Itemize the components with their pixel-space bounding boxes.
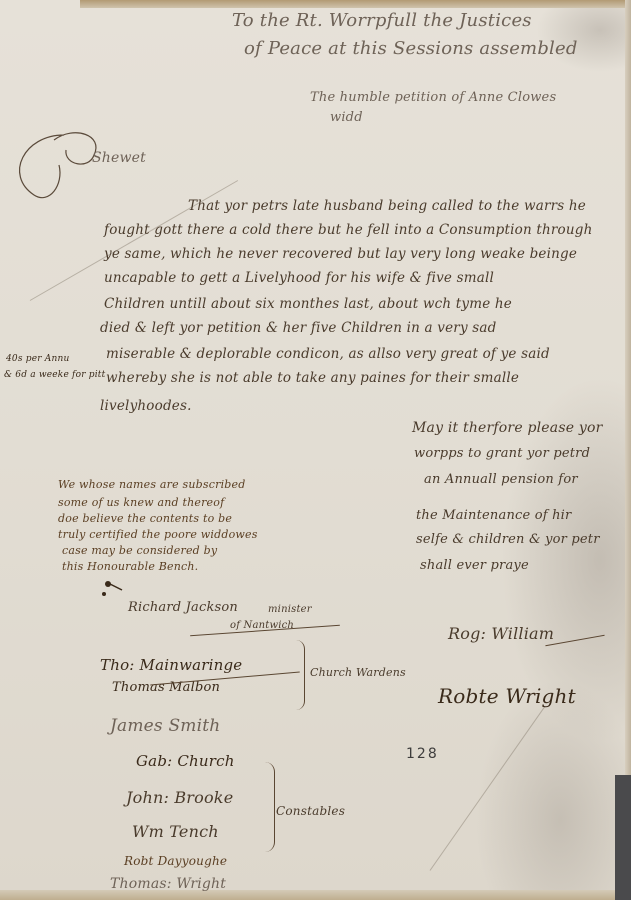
attestation-line: case may be considered by — [62, 544, 217, 557]
crease-line — [430, 706, 546, 870]
paper-right-edge — [625, 0, 631, 900]
prayer-line: an Annuall pension for — [424, 472, 578, 487]
body-line: uncapable to gett a Livelyhood for his w… — [104, 270, 494, 286]
constable-signature: Gab: Church — [136, 752, 235, 770]
minister-signature: Richard Jackson — [128, 600, 238, 615]
ink-blot-icon — [100, 576, 130, 600]
right-signature: Rog: William — [448, 624, 554, 643]
prayer-line: shall ever praye — [420, 558, 529, 573]
churchwardens-brace — [296, 640, 305, 710]
churchwardens-label: Church Wardens — [310, 666, 406, 679]
manuscript-page: To the Rt. Worrpfull the Justices of Pea… — [0, 0, 631, 900]
address-line-1: To the Rt. Worrpfull the Justices — [232, 10, 532, 31]
right-signature: Robte Wright — [438, 684, 576, 708]
address-line-2: of Peace at this Sessions assembled — [244, 38, 578, 59]
folio-number: 128 — [406, 746, 439, 762]
constables-brace — [262, 762, 275, 852]
opening-word: Shewet — [92, 150, 146, 166]
attestation-line: truly certified the poore widdowes — [58, 528, 258, 541]
attestation-line: some of us knew and thereof — [58, 496, 224, 509]
attestation-line: doe believe the contents to be — [58, 512, 232, 525]
churchwarden-signature: Tho: Mainwaringe — [100, 656, 242, 674]
prayer-line: worpps to grant yor petrd — [414, 446, 590, 461]
body-line: Children untill about six monthes last, … — [104, 296, 512, 312]
opening-flourish-icon — [4, 125, 124, 215]
constable-signature: Robt Dayyoughe — [124, 854, 227, 868]
constable-signature: James Smith — [110, 716, 220, 736]
right-signature-underline — [545, 635, 604, 646]
petition-title-line-1: The humble petition of Anne Clowes — [310, 90, 556, 105]
constable-signature: Thomas: Wright — [110, 876, 226, 892]
attestation-line: this Honourable Bench. — [62, 560, 198, 573]
body-line: ye same, which he never recovered but la… — [104, 246, 577, 262]
attestation-line: We whose names are subscribed — [58, 478, 245, 491]
body-line: died & left yor petition & her five Chil… — [100, 320, 496, 336]
petition-title-line-2: widd — [330, 110, 363, 125]
constables-label: Constables — [276, 804, 345, 818]
prayer-line: the Maintenance of hir — [416, 508, 571, 523]
margin-note-line-1: 40s per Annu — [6, 354, 69, 364]
body-line: fought gott there a cold there but he fe… — [104, 222, 593, 238]
margin-note-line-2: & 6d a weeke for pitt — [4, 370, 105, 380]
body-line: miserable & deplorable condicon, as alls… — [106, 346, 550, 362]
constable-signature: John: Brooke — [126, 788, 233, 807]
minister-title-line-1: minister — [268, 604, 312, 615]
body-line: That yor petrs late husband being called… — [188, 198, 586, 214]
prayer-line: selfe & children & yor petr — [416, 532, 600, 547]
paper-top-edge — [80, 0, 631, 8]
prayer-line: May it therfore please yor — [412, 420, 602, 436]
body-line: whereby she is not able to take any pain… — [106, 370, 519, 386]
binding-clip — [615, 775, 631, 900]
paper-bottom-edge — [0, 890, 631, 900]
body-line: livelyhoodes. — [100, 398, 192, 414]
constable-signature: Wm Tench — [132, 822, 219, 841]
